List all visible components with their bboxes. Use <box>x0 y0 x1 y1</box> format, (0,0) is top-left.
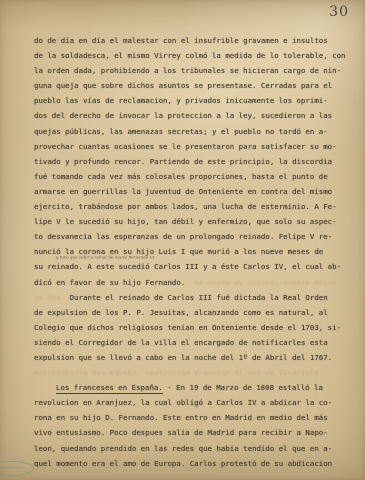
line-text: siendo el Corregidor de la villa el enca… <box>34 338 328 347</box>
text-line: Colegio que dichos religiosos tenian en … <box>34 320 354 335</box>
stamp-detail <box>1 467 25 468</box>
text-line: vivo entusiasmo. Poco despues salia de M… <box>34 425 354 440</box>
text-line: quel momento era el amo de Europa. Carlo… <box>34 456 354 471</box>
line-text: tivado y profundo rencor. Partiendo de e… <box>34 157 332 166</box>
line-text: pueblo las vías de reclamacion, y privad… <box>34 96 328 105</box>
text-line: siendo el Corregidor de la villa el enca… <box>34 335 354 350</box>
handwritten-interline-note: y tuvo que subir a reinar de nuevo Ferna… <box>56 256 178 260</box>
erased-text-line: Asestrahista del equska, sestionada y se… <box>34 365 354 380</box>
line-text: su reinado. A este sucedió Carlos III y … <box>34 262 341 271</box>
line-text: dicó en favor de su hijo Fernando. <box>34 278 185 287</box>
line-text: fué tomando cada vez más colosales propo… <box>34 172 328 181</box>
erased-fragment: se ensea es snseos, snaere snien <box>185 278 336 287</box>
line-text: expulsion que se llevó a cabo en la noch… <box>34 353 332 362</box>
text-line: ejercito, trabándose por ambos lados, un… <box>34 199 354 214</box>
text-line: expulsion que se llevó a cabo en la noch… <box>34 350 354 365</box>
line-text: do de día en día el malestar con el insu… <box>34 36 328 45</box>
erased-fragment: es ena <box>34 293 70 302</box>
line-text: quejas públicas, las amenazas secretas; … <box>34 127 328 136</box>
document-page: 30 do de día en día el malestar con el i… <box>0 0 365 480</box>
line-text: leon, quedando prendido en las redes que… <box>34 444 332 453</box>
line-text: Durante el reinado de Carlos III fué dic… <box>70 293 328 302</box>
line-text: revolucion en Aranjuez, la cual obligó a… <box>34 398 332 407</box>
line-text: dos del derecho de invocar la proteccion… <box>34 111 332 120</box>
text-line: dicó en favor de su hijo Fernando. se en… <box>34 275 354 290</box>
line-text: guna queja que sobre dichos asuntos se p… <box>34 81 332 90</box>
line-text: rona en su hijo D. Fernando. Este entro … <box>34 413 328 422</box>
section-heading: Los franceses en España. <box>56 383 163 394</box>
line-text: de la soldadesca, el mismo Virrey colmó … <box>34 51 345 60</box>
text-line: to desvanecia las esperanzas de un prolo… <box>34 229 354 244</box>
text-line: fué tomando cada vez más colosales propo… <box>34 169 354 184</box>
text-line: provechar cuantas ocasiones se le presen… <box>34 139 354 154</box>
line-text: vivo entusiasmo. Poco despues salia de M… <box>34 428 328 437</box>
line-text: ejercito, trabándose por ambos lados, un… <box>34 202 337 211</box>
line-text: la orden dada, prohibiendo a los tribuna… <box>34 66 341 75</box>
text-line: pueblo las vías de reclamacion, y privad… <box>34 93 354 108</box>
text-line: es ena Durante el reinado de Carlos III … <box>34 290 354 305</box>
text-line: tivado y profundo rencor. Partiendo de e… <box>34 154 354 169</box>
text-line: guna queja que sobre dichos asuntos se p… <box>34 78 354 93</box>
text-line: revolucion en Aranjuez, la cual obligó a… <box>34 395 354 410</box>
text-line: la orden dada, prohibiendo a los tribuna… <box>34 63 354 78</box>
line-text: - En 19 de Marzo de 1808 estalló la <box>163 383 323 392</box>
text-line: leon, quedando prendido en las redes que… <box>34 441 354 456</box>
text-line: de expulsion de los P. P. Jesuitas, alca… <box>34 305 354 320</box>
line-text: quel momento era el amo de Europa. Carlo… <box>34 459 332 468</box>
line-text: armarse en guerrillas la juventud de Ont… <box>34 187 332 196</box>
text-block: do de día en día el malestar con el insu… <box>34 33 354 471</box>
text-line: de la soldadesca, el mismo Virrey colmó … <box>34 48 354 63</box>
text-line: do de día en día el malestar con el insu… <box>34 33 354 48</box>
erased-fragment: Asestrahista del equska, sestionada y se… <box>34 368 319 377</box>
section-heading-line: Los franceses en España. - En 19 de Marz… <box>34 380 354 395</box>
text-line: rona en su hijo D. Fernando. Este entro … <box>34 410 354 425</box>
page-number: 30 <box>329 4 349 20</box>
line-text: de expulsion de los P. P. Jesuitas, alca… <box>34 308 328 317</box>
text-line: quejas públicas, las amenazas secretas; … <box>34 124 354 139</box>
line-text: lipe V le sucedió su hijo, tan débil y e… <box>34 217 337 226</box>
library-stamp <box>0 461 34 476</box>
text-line: su reinado. A este sucedió Carlos III y … <box>34 259 354 274</box>
line-text: to desvanecia las esperanzas de un prolo… <box>34 232 332 241</box>
text-line: lipe V le sucedió su hijo, tan débil y e… <box>34 214 354 229</box>
line-text: provechar cuantas ocasiones se le presen… <box>34 142 337 151</box>
text-line: dos del derecho de invocar la proteccion… <box>34 108 354 123</box>
line-text: Colegio que dichos religiosos tenian en … <box>34 323 341 332</box>
text-line: armarse en guerrillas la juventud de Ont… <box>34 184 354 199</box>
